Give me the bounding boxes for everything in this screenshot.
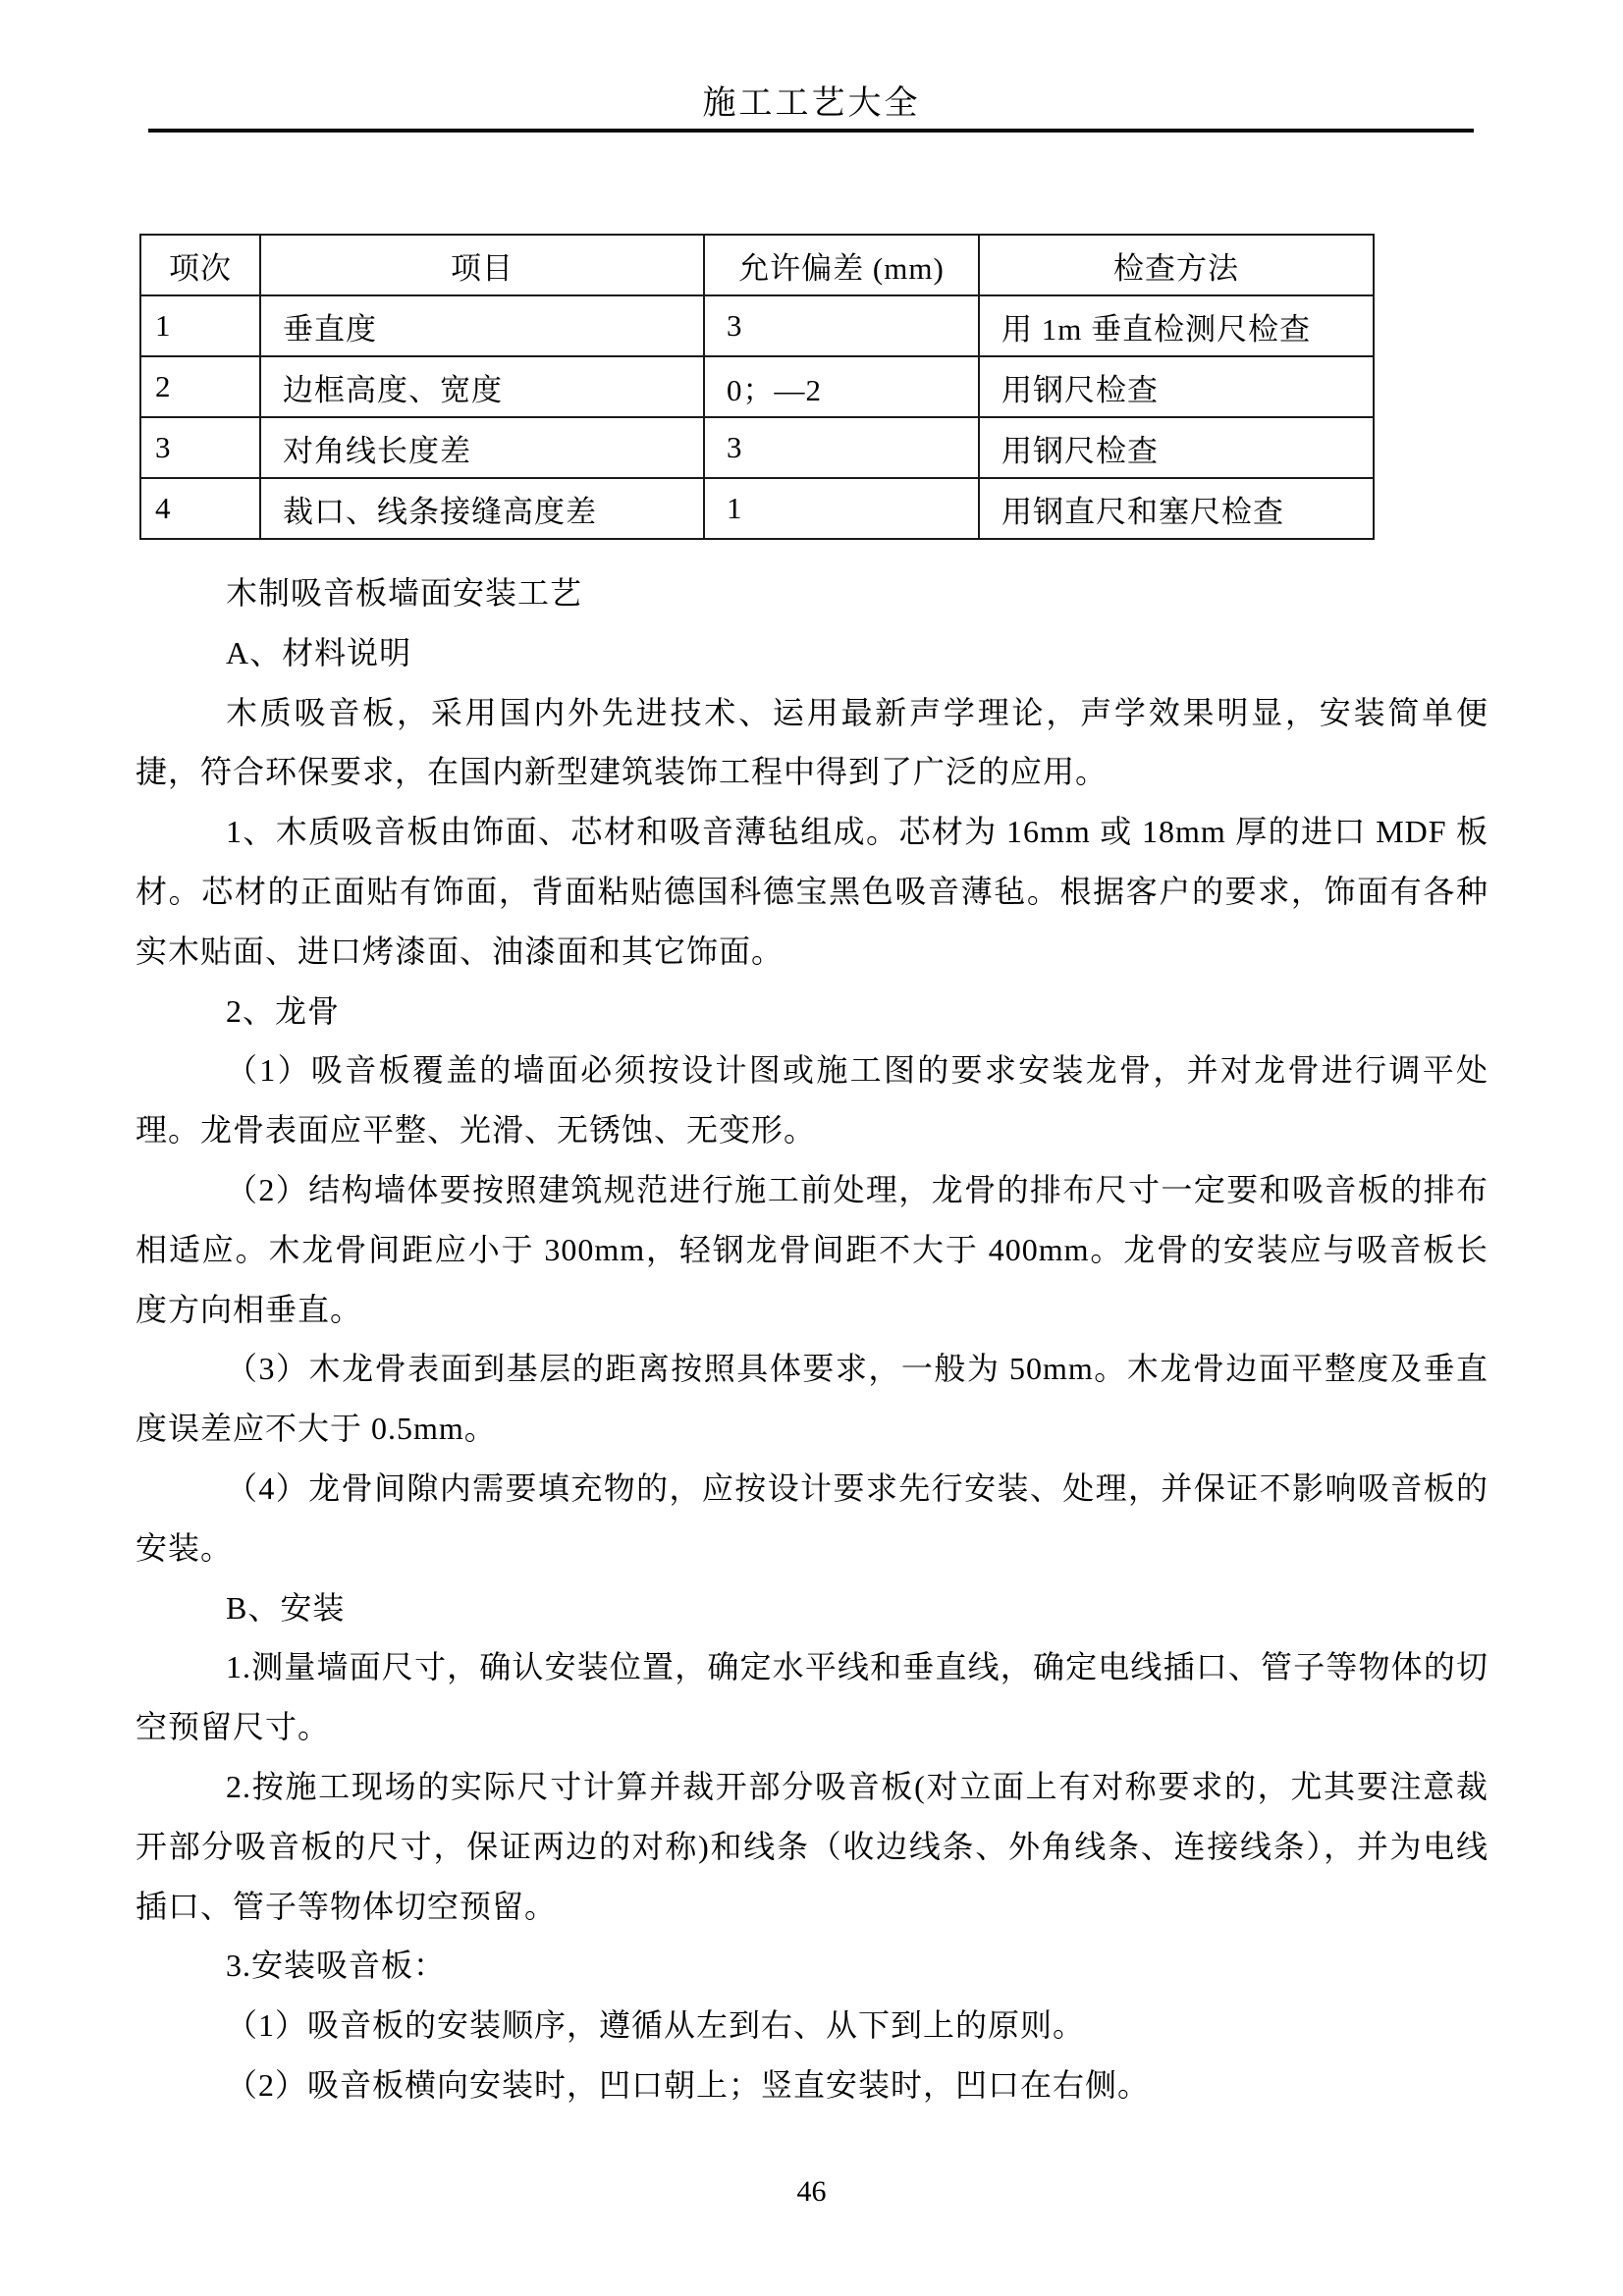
table-row: 3 对角线长度差 3 用钢尺检查 [140,417,1374,478]
section-heading: 3.安装吸音板： [135,1936,1488,1996]
table-cell: 3 [704,295,979,356]
section-heading: B、安装 [135,1578,1488,1638]
table-cell: 4 [140,478,260,539]
table-header-cell: 检查方法 [979,235,1374,295]
table-cell: 1 [704,478,979,539]
tolerance-table: 项次 项目 允许偏差 (mm) 检查方法 1 垂直度 3 用 1m 垂直检测尺检… [139,234,1375,540]
paragraph: （2）吸音板横向安装时，凹口朝上；竖直安装时，凹口在右侧。 [135,2056,1488,2115]
paragraph: 1、木质吸音板由饰面、芯材和吸音薄毡组成。芯材为 16mm 或 18mm 厚的进… [135,802,1488,981]
paragraph: （4）龙骨间隙内需要填充物的，应按设计要求先行安装、处理，并保证不影响吸音板的安… [135,1459,1488,1578]
table-cell: 用钢尺检查 [979,356,1374,417]
paragraph: （1）吸音板的安装顺序，遵循从左到右、从下到上的原则。 [135,1996,1488,2056]
document-body: 木制吸音板墙面安装工艺 A、材料说明 木质吸音板，采用国内外先进技术、运用最新声… [135,563,1488,2115]
page-number: 46 [0,2175,1623,2209]
table-cell: 3 [704,417,979,478]
table-cell: 垂直度 [260,295,704,356]
table-cell: 用 1m 垂直检测尺检查 [979,295,1374,356]
table-header-cell: 允许偏差 (mm) [704,235,979,295]
paragraph: （1）吸音板覆盖的墙面必须按设计图或施工图的要求安装龙骨，并对龙骨进行调平处理。… [135,1041,1488,1160]
section-heading: 木制吸音板墙面安装工艺 [135,563,1488,623]
table-cell: 2 [140,356,260,417]
paragraph: 木质吸音板，采用国内外先进技术、运用最新声学理论，声学效果明显，安装简单便捷，符… [135,683,1488,803]
document-page: 施工工艺大全 项次 项目 允许偏差 (mm) 检查方法 1 垂直度 3 用 1m… [0,0,1623,2296]
section-heading: A、材料说明 [135,623,1488,683]
document-title: 施工工艺大全 [0,84,1623,125]
table-cell: 3 [140,417,260,478]
table-row: 1 垂直度 3 用 1m 垂直检测尺检查 [140,295,1374,356]
table-cell: 1 [140,295,260,356]
table-row: 2 边框高度、宽度 0；—2 用钢尺检查 [140,356,1374,417]
table-cell: 0；—2 [704,356,979,417]
section-heading: 2、龙骨 [135,982,1488,1041]
table-cell: 对角线长度差 [260,417,704,478]
table-cell: 用钢直尺和塞尺检查 [979,478,1374,539]
header-divider [148,129,1474,133]
paragraph: （3）木龙骨表面到基层的距离按照具体要求，一般为 50mm。木龙骨边面平整度及垂… [135,1339,1488,1459]
table-cell: 用钢尺检查 [979,417,1374,478]
table-header-row: 项次 项目 允许偏差 (mm) 检查方法 [140,235,1374,295]
table-header-cell: 项目 [260,235,704,295]
table-row: 4 裁口、线条接缝高度差 1 用钢直尺和塞尺检查 [140,478,1374,539]
paragraph: 1.测量墙面尺寸，确认安装位置，确定水平线和垂直线，确定电线插口、管子等物体的切… [135,1637,1488,1757]
table-cell: 边框高度、宽度 [260,356,704,417]
paragraph: 2.按施工现场的实际尺寸计算并裁开部分吸音板(对立面上有对称要求的，尤其要注意裁… [135,1757,1488,1936]
table-header-cell: 项次 [140,235,260,295]
paragraph: （2）结构墙体要按照建筑规范进行施工前处理，龙骨的排布尺寸一定要和吸音板的排布相… [135,1160,1488,1339]
table-cell: 裁口、线条接缝高度差 [260,478,704,539]
